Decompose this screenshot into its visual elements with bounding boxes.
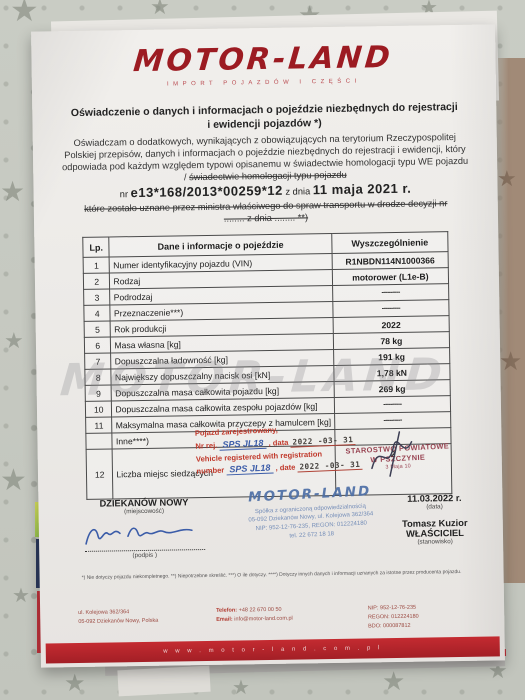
fabric-star-icon: ★ (382, 668, 405, 694)
homologation-number: e13*168/2013*00259*12 (130, 183, 282, 200)
number-label: number (196, 466, 224, 476)
email-label: Email: (216, 616, 233, 622)
handwritten-reg-number: SPS JL18 (219, 438, 266, 451)
row-lp: 4 (84, 305, 111, 321)
declaration-paragraph: Oświadczam o dodatkowych, wynikających z… (61, 131, 471, 228)
footer-email: Email: info@motor-land.com.pl (216, 613, 368, 624)
fabric-star-icon: ★ (0, 178, 25, 206)
role-caption: (stanowisko) (379, 538, 491, 547)
row-value: 1,78 kN (334, 364, 450, 382)
header-logo: MOTOR-LAND IMPORT POJAZDÓW I CZĘŚCI (31, 38, 496, 89)
row-lp: 2 (83, 273, 110, 289)
handwritten-reg-number2: SPS JL18 (226, 463, 273, 476)
row-value: ---------- (334, 396, 450, 414)
row-lp: 7 (85, 353, 112, 369)
date-label: , date (275, 463, 295, 473)
fabric-star-icon: ★ (150, 0, 170, 18)
row-lp: 6 (84, 337, 111, 353)
document-paper: MOTOR-LAND IMPORT POJAZDÓW I CZĘŚCI Oświ… (31, 24, 505, 667)
signature-block: DZIEKANÓW NOWY (miejscowość) (podpis ) M… (38, 492, 503, 579)
phone-label: Telefon: (216, 608, 237, 614)
row-lp: 10 (85, 401, 112, 417)
nr-rej-label: Nr rej. (195, 441, 217, 451)
paper-stack-bottom-tab (117, 666, 210, 697)
fabric-star-icon: ★ (4, 330, 24, 352)
fabric-star-icon: ★ (0, 466, 27, 496)
footer-registry: NIP: 952-12-76-235 REGON: 012224180 BDO:… (368, 603, 479, 631)
date-and-owner: 11.03.2022 r. (data) Tomasz Kuzior WŁAŚC… (378, 493, 491, 547)
footer-website-bar: w w w . m o t o r - l a n d . c o m . p … (46, 636, 500, 663)
row-lp: 5 (84, 321, 111, 337)
footer-address-line2: 05-092 Dziekanów Nowy, Polska (78, 616, 216, 627)
row-lp: 11 (86, 417, 113, 433)
fabric-star-icon: ★ (497, 168, 517, 190)
declaration-struck-variant: świadectwie homologacji typu pojazdu (189, 170, 347, 182)
phone-value: +48 22 670 00 50 (239, 607, 282, 614)
row-value: R1NBDN114N1000366 (332, 252, 448, 270)
row-lp: 3 (84, 289, 111, 305)
company-stamp: MOTOR-LAND Spółka z ograniczoną odpowied… (225, 481, 396, 544)
row-lp: 8 (85, 369, 112, 385)
row-lp (86, 433, 113, 449)
footer-address: ul. Kolejowa 362/364 05-092 Dziekanów No… (78, 607, 216, 636)
col-header-lp: Lp. (83, 237, 110, 257)
row-value: ---------- (333, 300, 449, 318)
signature-caption: (podpis ) (67, 551, 222, 560)
footer-bdo: BDO: 000087812 (368, 620, 478, 631)
owner-signature-icon (79, 518, 209, 550)
clerk-signature (359, 427, 430, 480)
row-value: 269 kg (334, 380, 450, 398)
fabric-star-icon: ★ (499, 348, 522, 374)
photo-scene: ★ ★ ★ ★ ★ ★ ★ ★ ★ ★ ★ ★ ★ ★ MOTOR-LAND I… (0, 0, 525, 700)
row-value: 2022 (333, 316, 449, 334)
nr-prefix: nr (120, 189, 128, 199)
motorland-logo: MOTOR-LAND (132, 40, 394, 79)
fabric-star-icon: ★ (64, 672, 86, 696)
row-value: 191 kg (333, 348, 449, 366)
email-value: info@motor-land.com.pl (234, 615, 293, 622)
row-lp: 9 (85, 385, 112, 401)
row-lp: 12 (86, 449, 113, 499)
row-value: 78 kg (333, 332, 449, 350)
place-caption: (miejscowość) (67, 507, 222, 516)
fabric-star-icon: ★ (232, 678, 250, 698)
clerk-signature-icon (359, 427, 430, 480)
logo-tagline: IMPORT POJAZDÓW I CZĘŚCI (32, 76, 496, 89)
data-label: , data (268, 438, 288, 448)
row-value: ---------- (332, 284, 448, 302)
row-value: motorower (L1e-B) (332, 268, 448, 286)
col-header-spec: Wyszczególnienie (332, 232, 448, 254)
document-title: Oświadczenie o danych i informacjach o p… (32, 100, 496, 135)
fabric-star-icon: ★ (12, 586, 30, 606)
place-and-signature: DZIEKANÓW NOWY (miejscowość) (podpis ) (66, 497, 222, 560)
page-footer: ul. Kolejowa 362/364 05-092 Dziekanów No… (78, 603, 478, 636)
row-lp: 1 (83, 257, 110, 273)
fabric-star-icon: ★ (10, 0, 39, 26)
homologation-date: 11 maja 2021 r. (313, 181, 412, 198)
footer-contact: Telefon: +48 22 670 00 50 Email: info@mo… (216, 604, 368, 633)
date-prefix: z dnia (285, 187, 310, 197)
